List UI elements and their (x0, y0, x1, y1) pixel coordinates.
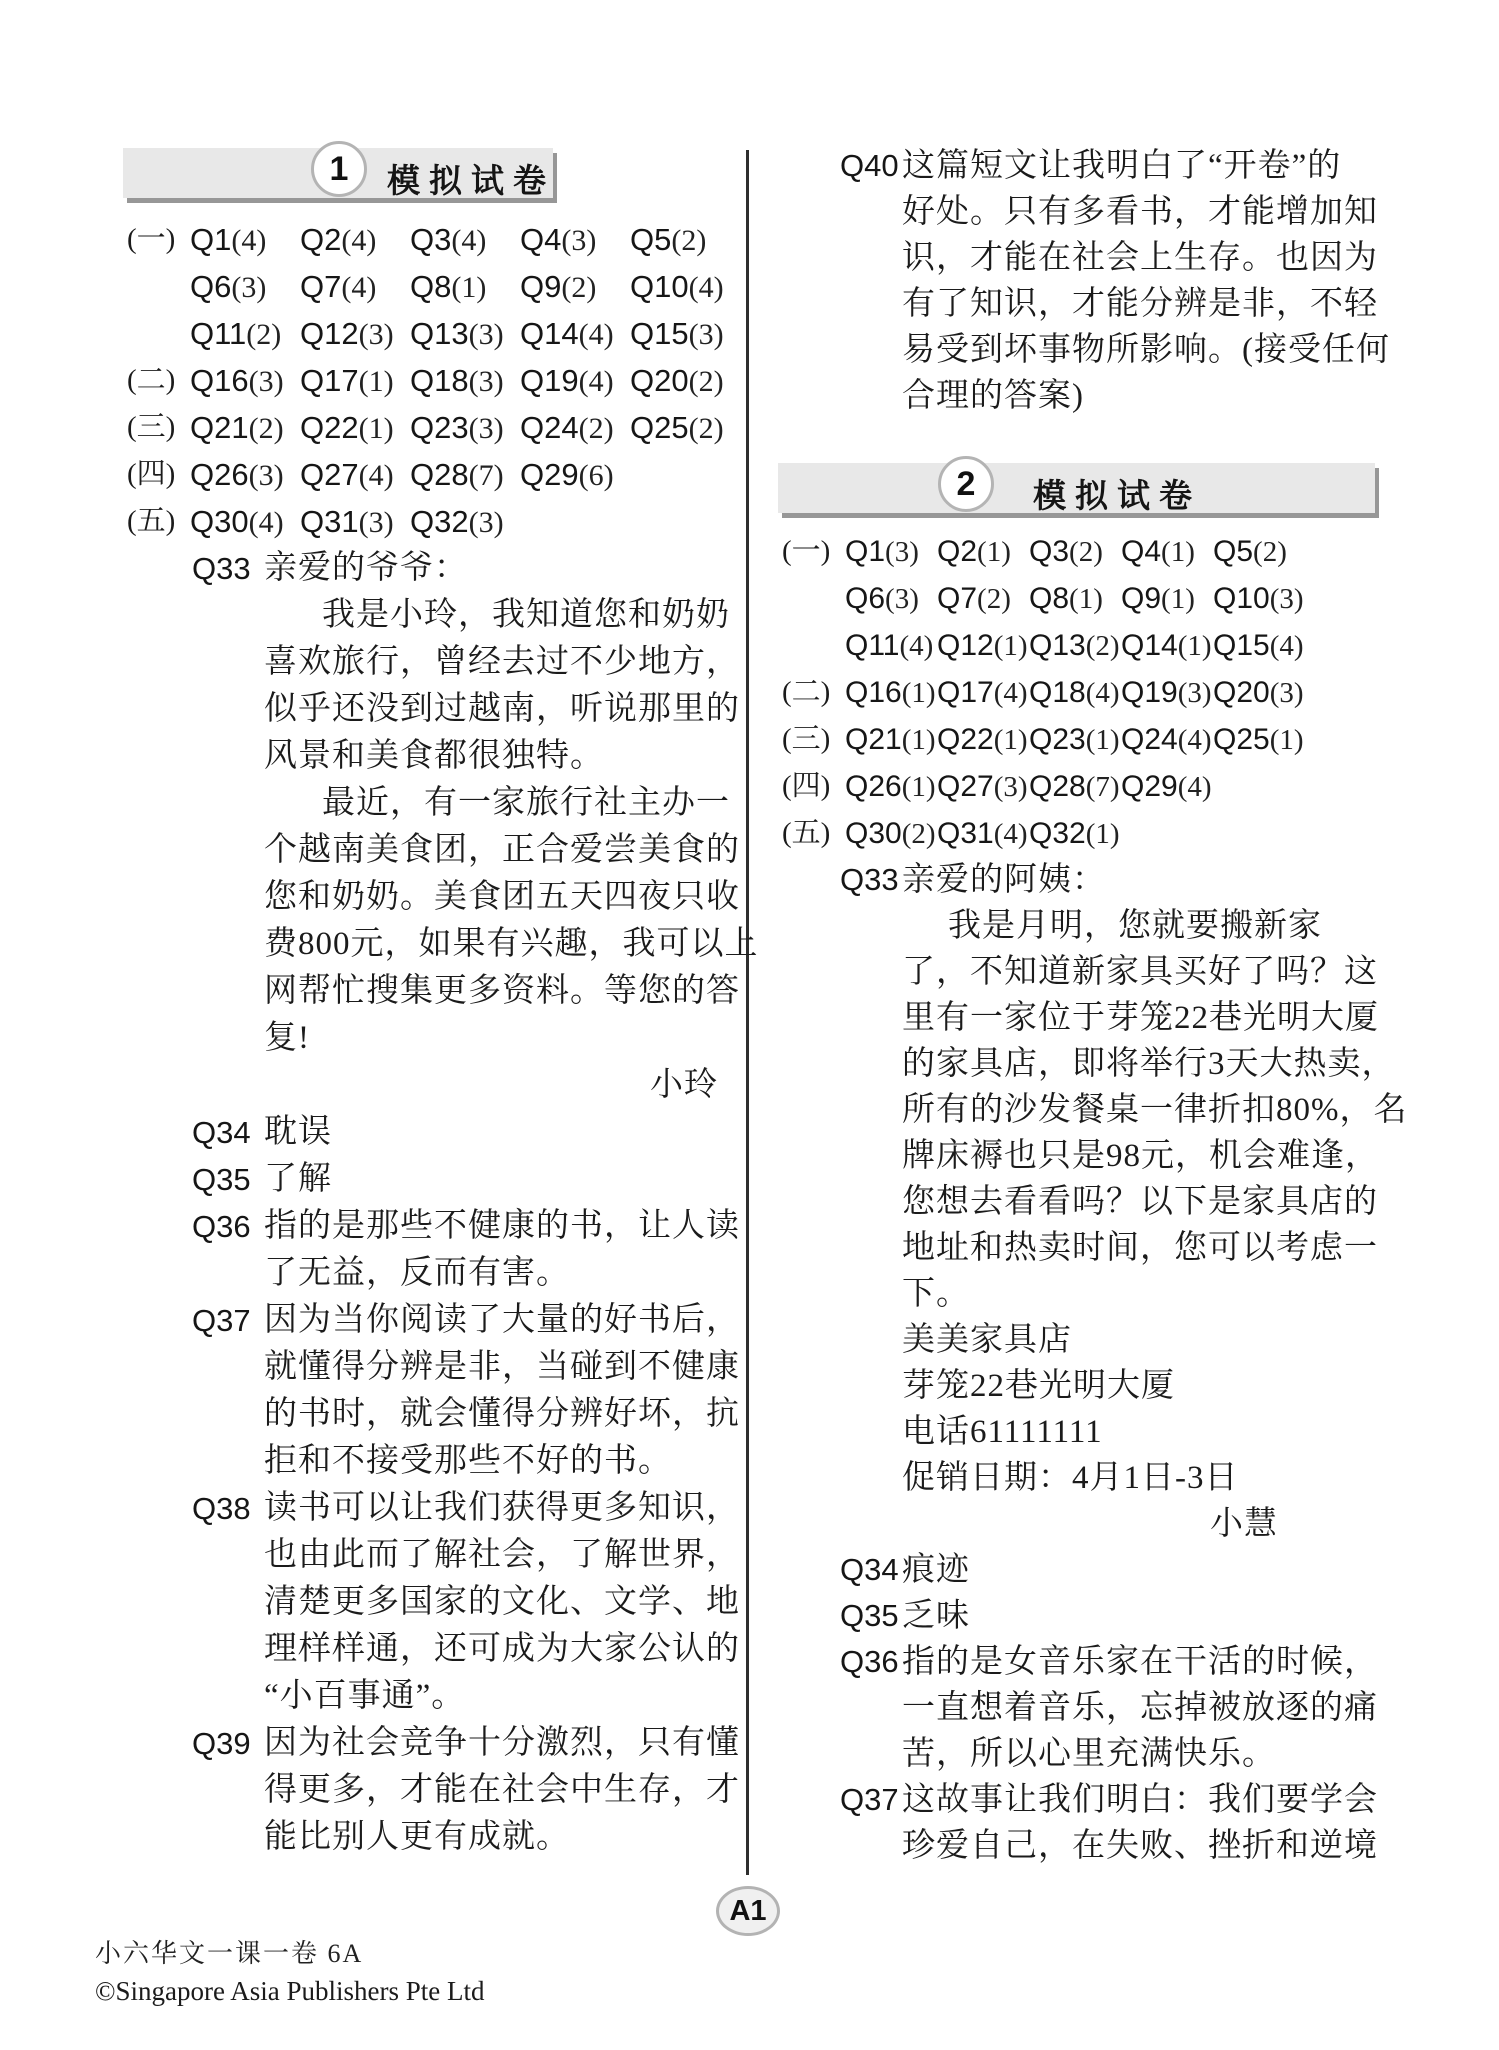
answer-line: 得更多，才能在社会中生存，才 (264, 1767, 740, 1814)
qa-item: Q37因为当你阅读了大量的好书后，就懂得分辨是非，当碰到不健康的书时，就会懂得分… (123, 1297, 741, 1485)
qa-item: Q34耽误 (123, 1109, 741, 1156)
answer-cell: Q11(2) (190, 310, 300, 357)
question-number: Q13 (410, 316, 469, 351)
answer-cell: Q18(4) (1029, 669, 1121, 716)
section-roman-label: (五) (782, 810, 845, 857)
question-number: Q30 (845, 817, 902, 850)
answer-line: 我是月明，您就要搬新家 (902, 903, 1378, 949)
question-number: Q36 (840, 1639, 902, 1777)
question-number: Q2 (937, 535, 977, 568)
qa-list-paper1: Q33亲爱的爷爷：我是小玲，我知道您和奶奶喜欢旅行，曾经去过不少地方，似乎还没到… (123, 545, 741, 1861)
question-number: Q19 (1121, 676, 1178, 709)
answer-text: 指的是女音乐家在干活的时候，一直想着音乐，忘掉被放逐的痛苦，所以心里充满快乐。 (902, 1639, 1378, 1777)
section-roman-label: (三) (127, 404, 190, 451)
answer-line: 苦，所以心里充满快乐。 (902, 1731, 1378, 1777)
answer-line: “小百事通”。 (264, 1673, 740, 1720)
question-number: Q26 (190, 457, 249, 492)
answer-cell: Q30(2) (845, 810, 937, 857)
answer-cell: Q1(3) (845, 528, 937, 575)
question-number: Q14 (1121, 629, 1178, 662)
question-number: Q35 (840, 1593, 902, 1639)
question-number: Q15 (630, 316, 689, 351)
answer-text: 指的是那些不健康的书，让人读了无益，反而有害。 (264, 1203, 740, 1297)
answer-value: (4) (231, 224, 266, 257)
question-number: Q16 (845, 676, 902, 709)
answer-cell: Q10(4) (630, 263, 740, 310)
answer-value: (1) (359, 412, 394, 445)
section-roman-label (127, 310, 190, 357)
answer-line: 美美家具店 (902, 1317, 1378, 1363)
question-number: Q4 (1121, 535, 1161, 568)
answer-value: (7) (469, 459, 504, 492)
qa-item: Q35乏味 (778, 1593, 1418, 1639)
answer-cell: Q13(3) (410, 310, 520, 357)
answer-line: 也由此而了解社会，了解世界， (264, 1532, 740, 1579)
answer-cell: Q31(3) (300, 498, 410, 545)
answer-line: 促销日期：4月1日-3日 (902, 1455, 1378, 1501)
answer-value: (4) (341, 224, 376, 257)
answer-value: (4) (1178, 724, 1212, 756)
answer-line: 了，不知道新家具买好了吗？这 (902, 949, 1378, 995)
answer-line: 喜欢旅行，曾经去过不少地方， (264, 639, 740, 686)
right-column: Q40这篇短文让我明白了“开卷”的好处。只有多看书，才能增加知识，才能在社会上生… (778, 143, 1418, 1869)
section-roman-label: (五) (127, 498, 190, 545)
answer-text: 因为当你阅读了大量的好书后，就懂得分辨是非，当碰到不健康的书时，就会懂得分辨好坏… (264, 1297, 740, 1485)
answer-grid-row: (二)Q16(3)Q17(1)Q18(3)Q19(4)Q20(2) (123, 357, 741, 404)
qa-item: Q36指的是女音乐家在干活的时候，一直想着音乐，忘掉被放逐的痛苦，所以心里充满快… (778, 1639, 1418, 1777)
answer-value: (1) (1086, 724, 1120, 756)
question-number: Q29 (520, 457, 579, 492)
question-number: Q3 (410, 222, 451, 257)
answer-line: 了无益，反而有害。 (264, 1250, 740, 1297)
question-number: Q3 (1029, 535, 1069, 568)
answer-value: (4) (579, 318, 614, 351)
question-number: Q9 (520, 269, 561, 304)
answer-cell: Q29(6) (520, 451, 630, 498)
answer-cell: Q12(3) (300, 310, 410, 357)
answer-value: (1) (451, 271, 486, 304)
answer-value: (4) (899, 630, 933, 662)
answer-value: (3) (469, 318, 504, 351)
answer-cell: Q5(2) (630, 216, 740, 263)
answer-cell: Q23(3) (410, 404, 520, 451)
answer-cell: Q17(1) (300, 357, 410, 404)
answer-grid-row: (一)Q1(4)Q2(4)Q3(4)Q4(3)Q5(2) (123, 216, 741, 263)
answer-value: (4) (1086, 677, 1120, 709)
section-roman-label: (一) (782, 528, 845, 575)
answer-value: (2) (902, 818, 936, 850)
answer-cell: Q16(3) (190, 357, 300, 404)
question-number: Q32 (1029, 817, 1086, 850)
answer-line: 您想去看看吗？以下是家具店的 (902, 1179, 1378, 1225)
answer-cell: Q8(1) (410, 263, 520, 310)
answer-text: 耽误 (264, 1109, 740, 1156)
question-number: Q1 (190, 222, 231, 257)
answer-line: 有了知识，才能分辨是非，不轻 (902, 281, 1378, 327)
answer-cell: Q3(2) (1029, 528, 1121, 575)
answer-cell: Q5(2) (1213, 528, 1305, 575)
answer-cell: Q9(1) (1121, 575, 1213, 622)
answer-cell: Q2(1) (937, 528, 1029, 575)
answer-cell: Q6(3) (190, 263, 300, 310)
answer-line: 了解 (264, 1156, 740, 1203)
question-number: Q16 (190, 363, 249, 398)
answer-cell: Q19(4) (520, 357, 630, 404)
answer-line: 指的是那些不健康的书，让人读 (264, 1203, 740, 1250)
question-number: Q18 (1029, 676, 1086, 709)
answer-cell: Q27(3) (937, 763, 1029, 810)
question-number: Q17 (937, 676, 994, 709)
answer-cell: Q16(1) (845, 669, 937, 716)
section-roman-label (127, 263, 190, 310)
answer-cell: Q11(4) (845, 622, 937, 669)
question-number: Q21 (845, 723, 902, 756)
answer-line: 合理的答案) (902, 373, 1378, 419)
section-roman-label (782, 622, 845, 669)
answer-value: (1) (1161, 583, 1195, 615)
answer-cell: Q22(1) (300, 404, 410, 451)
section-roman-label: (二) (127, 357, 190, 404)
answer-value: (2) (977, 583, 1011, 615)
answer-line: 亲爱的阿姨： (902, 857, 1378, 903)
question-number: Q25 (1213, 723, 1270, 756)
answer-line: 牌床褥也只是98元，机会难逢， (902, 1133, 1378, 1179)
column-divider (746, 150, 749, 1875)
question-number: Q7 (300, 269, 341, 304)
answer-cell: Q12(1) (937, 622, 1029, 669)
question-number: Q37 (192, 1297, 264, 1485)
answer-value: (4) (451, 224, 486, 257)
section-title: 模拟试卷 (387, 155, 555, 202)
answer-cell: Q20(3) (1213, 669, 1305, 716)
question-number: Q6 (845, 582, 885, 615)
question-number: Q22 (937, 723, 994, 756)
answer-value: (1) (1069, 583, 1103, 615)
answer-value: (2) (1069, 536, 1103, 568)
question-number: Q15 (1213, 629, 1270, 662)
qa-item: Q36指的是那些不健康的书，让人读了无益，反而有害。 (123, 1203, 741, 1297)
question-number: Q4 (520, 222, 561, 257)
answer-cell: Q15(3) (630, 310, 740, 357)
answer-cell: Q14(1) (1121, 622, 1213, 669)
answer-line: 因为社会竞争十分激烈，只有懂 (264, 1720, 740, 1767)
answer-value: (1) (977, 536, 1011, 568)
question-number: Q38 (192, 1485, 264, 1720)
answer-text: 乏味 (902, 1593, 1378, 1639)
qa-list-paper1-continued: Q40这篇短文让我明白了“开卷”的好处。只有多看书，才能增加知识，才能在社会上生… (778, 143, 1418, 419)
question-number: Q24 (520, 410, 579, 445)
answer-line: 费800元，如果有兴趣，我可以上 (264, 921, 740, 968)
question-number: Q1 (845, 535, 885, 568)
answer-line: 个越南美食团，正合爱尝美食的 (264, 827, 740, 874)
answer-value: (3) (1178, 677, 1212, 709)
answer-cell: Q30(4) (190, 498, 300, 545)
answer-value: (1) (1161, 536, 1195, 568)
question-number: Q11 (190, 316, 246, 351)
question-number: Q39 (192, 1720, 264, 1861)
answer-value: (4) (359, 459, 394, 492)
answer-line: 拒和不接受那些不好的书。 (264, 1438, 740, 1485)
question-number: Q12 (300, 316, 359, 351)
question-number: Q26 (845, 770, 902, 803)
answer-line: 风景和美食都很独特。 (264, 733, 740, 780)
answer-cell: Q18(3) (410, 357, 520, 404)
answer-cell: Q27(4) (300, 451, 410, 498)
answer-value: (4) (1178, 771, 1212, 803)
question-number: Q33 (840, 857, 902, 1547)
answer-value: (1) (902, 771, 936, 803)
answer-cell: Q32(3) (410, 498, 520, 545)
answer-value: (4) (994, 677, 1028, 709)
question-number: Q30 (190, 504, 249, 539)
answer-value: (7) (1086, 771, 1120, 803)
answer-value: (4) (341, 271, 376, 304)
question-number: Q21 (190, 410, 249, 445)
answer-line: 清楚更多国家的文化、文学、地 (264, 1579, 740, 1626)
answer-value: (3) (249, 459, 284, 492)
answer-line: 耽误 (264, 1109, 740, 1156)
question-number: Q13 (1029, 629, 1086, 662)
answer-line: 读书可以让我们获得更多知识， (264, 1485, 740, 1532)
answer-text: 亲爱的阿姨：我是月明，您就要搬新家了，不知道新家具买好了吗？这里有一家位于芽笼2… (902, 857, 1378, 1547)
answer-grid-row: (五)Q30(4)Q31(3)Q32(3) (123, 498, 741, 545)
answer-value: (3) (249, 365, 284, 398)
answer-line: 就懂得分辨是非，当碰到不健康 (264, 1344, 740, 1391)
section-header-paper2: 2 模拟试卷 (778, 463, 1375, 513)
question-number: Q19 (520, 363, 579, 398)
answer-text: 痕迹 (902, 1547, 1378, 1593)
question-number: Q36 (192, 1203, 264, 1297)
answer-value: (2) (249, 412, 284, 445)
answer-cell: Q24(2) (520, 404, 630, 451)
answer-text: 这篇短文让我明白了“开卷”的好处。只有多看书，才能增加知识，才能在社会上生存。也… (902, 143, 1378, 419)
answer-line: 里有一家位于芽笼22巷光明大厦 (902, 995, 1378, 1041)
answer-text: 因为社会竞争十分激烈，只有懂得更多，才能在社会中生存，才能比别人更有成就。 (264, 1720, 740, 1861)
answer-cell: Q10(3) (1213, 575, 1305, 622)
answer-line: 最近，有一家旅行社主办一 (264, 780, 740, 827)
answer-value: (3) (561, 224, 596, 257)
question-number: Q35 (192, 1156, 264, 1203)
answer-value: (3) (469, 412, 504, 445)
answer-key-page: 1 模拟试卷 (一)Q1(4)Q2(4)Q3(4)Q4(3)Q5(2)Q6(3)… (0, 0, 1499, 2050)
answer-cell: Q20(2) (630, 357, 740, 404)
answer-line: 的家具店，即将举行3天大热卖， (902, 1041, 1378, 1087)
answer-cell: Q25(2) (630, 404, 740, 451)
answer-grid-row: (四)Q26(3)Q27(4)Q28(7)Q29(6) (123, 451, 741, 498)
answer-cell: Q19(3) (1121, 669, 1213, 716)
question-number: Q31 (300, 504, 359, 539)
answer-line: 亲爱的爷爷： (264, 545, 740, 592)
question-number: Q8 (410, 269, 451, 304)
answer-cell: Q26(3) (190, 451, 300, 498)
qa-item: Q35了解 (123, 1156, 741, 1203)
page-number-badge: A1 (716, 1886, 780, 1936)
answer-value: (1) (902, 724, 936, 756)
answer-line: 网帮忙搜集更多资料。等您的答 (264, 968, 740, 1015)
section-header-paper1: 1 模拟试卷 (123, 148, 553, 198)
qa-item: Q40这篇短文让我明白了“开卷”的好处。只有多看书，才能增加知识，才能在社会上生… (778, 143, 1418, 419)
answer-value: (2) (579, 412, 614, 445)
section-roman-label: (一) (127, 216, 190, 263)
answer-grid-row: (三)Q21(1)Q22(1)Q23(1)Q24(4)Q25(1) (778, 716, 1418, 763)
question-number: Q6 (190, 269, 231, 304)
answer-cell: Q29(4) (1121, 763, 1213, 810)
question-number: Q20 (1213, 676, 1270, 709)
answer-value: (3) (689, 318, 724, 351)
question-number: Q34 (840, 1547, 902, 1593)
answer-line: 指的是女音乐家在干活的时候， (902, 1639, 1378, 1685)
question-number: Q27 (937, 770, 994, 803)
question-number: Q25 (630, 410, 689, 445)
answer-line: 易受到坏事物所影响。(接受任何 (902, 327, 1378, 373)
question-number: Q24 (1121, 723, 1178, 756)
answer-cell: Q15(4) (1213, 622, 1305, 669)
answer-line: 理样样通，还可成为大家公认的 (264, 1626, 740, 1673)
answer-cell: Q17(4) (937, 669, 1029, 716)
answer-line: 的书时，就会懂得分辨好坏，抗 (264, 1391, 740, 1438)
answer-cell: Q7(4) (300, 263, 410, 310)
question-number: Q23 (1029, 723, 1086, 756)
question-number: Q14 (520, 316, 579, 351)
answer-cell: Q6(3) (845, 575, 937, 622)
answer-line: 痕迹 (902, 1547, 1378, 1593)
question-number: Q9 (1121, 582, 1161, 615)
question-number: Q22 (300, 410, 359, 445)
answer-value: (3) (469, 506, 504, 539)
question-number: Q8 (1029, 582, 1069, 615)
answer-grid-row: (二)Q16(1)Q17(4)Q18(4)Q19(3)Q20(3) (778, 669, 1418, 716)
answer-grid-row: (三)Q21(2)Q22(1)Q23(3)Q24(2)Q25(2) (123, 404, 741, 451)
answer-text: 读书可以让我们获得更多知识，也由此而了解社会，了解世界，清楚更多国家的文化、文学… (264, 1485, 740, 1720)
answer-grid-row: (五)Q30(2)Q31(4)Q32(1) (778, 810, 1418, 857)
answer-value: (2) (1086, 630, 1120, 662)
answer-value: (4) (994, 818, 1028, 850)
question-number: Q27 (300, 457, 359, 492)
question-number: Q10 (630, 269, 689, 304)
qa-item: Q37这故事让我们明白：我们要学会珍爱自己，在失败、挫折和逆境 (778, 1777, 1418, 1869)
answer-cell: Q25(1) (1213, 716, 1305, 763)
question-number: Q7 (937, 582, 977, 615)
answer-line: 下。 (902, 1271, 1378, 1317)
answer-cell: Q24(4) (1121, 716, 1213, 763)
answer-cell: Q21(2) (190, 404, 300, 451)
answer-value: (3) (885, 583, 919, 615)
answer-cell: Q4(1) (1121, 528, 1213, 575)
question-number: Q17 (300, 363, 359, 398)
qa-list-paper2: Q33亲爱的阿姨：我是月明，您就要搬新家了，不知道新家具买好了吗？这里有一家位于… (778, 857, 1418, 1869)
question-number: Q40 (840, 143, 902, 419)
answer-cell: Q21(1) (845, 716, 937, 763)
question-number: Q28 (410, 457, 469, 492)
answer-line: 能比别人更有成就。 (264, 1814, 740, 1861)
answer-cell: Q31(4) (937, 810, 1029, 857)
answer-grid-row: (一)Q1(3)Q2(1)Q3(2)Q4(1)Q5(2) (778, 528, 1418, 575)
answer-value: (3) (359, 506, 394, 539)
answer-value: (3) (359, 318, 394, 351)
answer-value: (2) (246, 318, 281, 351)
section-roman-label: (四) (782, 763, 845, 810)
answer-line: 您和奶奶。美食团五天四夜只收 (264, 874, 740, 921)
answer-value: (4) (579, 365, 614, 398)
answer-line: 这篇短文让我明白了“开卷”的 (902, 143, 1378, 189)
answer-value: (4) (249, 506, 284, 539)
question-number: Q11 (845, 629, 899, 662)
answer-line: 复! (264, 1015, 740, 1062)
answer-cell: Q26(1) (845, 763, 937, 810)
answer-cell: Q14(4) (520, 310, 630, 357)
section-roman-label: (三) (782, 716, 845, 763)
answer-line: 芽笼22巷光明大厦 (902, 1363, 1378, 1409)
answer-value: (3) (994, 771, 1028, 803)
answer-value: (6) (579, 459, 614, 492)
question-number: Q2 (300, 222, 341, 257)
answer-line: 一直想着音乐，忘掉被放逐的痛 (902, 1685, 1378, 1731)
footer-series-title: 小六华文一课一卷 6A (95, 1933, 485, 1970)
section-number-badge: 2 (938, 456, 994, 512)
answer-value: (1) (1086, 818, 1120, 850)
answer-text: 亲爱的爷爷：我是小玲，我知道您和奶奶喜欢旅行，曾经去过不少地方，似乎还没到过越南… (264, 545, 740, 1109)
answer-text: 这故事让我们明白：我们要学会珍爱自己，在失败、挫折和逆境 (902, 1777, 1378, 1869)
qa-item: Q39因为社会竞争十分激烈，只有懂得更多，才能在社会中生存，才能比别人更有成就。 (123, 1720, 741, 1861)
answer-line: 乏味 (902, 1593, 1378, 1639)
answer-line: 这故事让我们明白：我们要学会 (902, 1777, 1378, 1823)
answer-line: 似乎还没到过越南，听说那里的 (264, 686, 740, 733)
question-number: Q37 (840, 1777, 902, 1869)
answer-grid-row: Q11(2)Q12(3)Q13(3)Q14(4)Q15(3) (123, 310, 741, 357)
answer-grid-row: Q6(3)Q7(4)Q8(1)Q9(2)Q10(4) (123, 263, 741, 310)
answer-value: (3) (1270, 677, 1304, 709)
answer-grid-row: Q11(4)Q12(1)Q13(2)Q14(1)Q15(4) (778, 622, 1418, 669)
answer-line: 电话61111111 (902, 1409, 1378, 1455)
answer-cell: Q22(1) (937, 716, 1029, 763)
answer-value: (3) (469, 365, 504, 398)
question-number: Q32 (410, 504, 469, 539)
answer-value: (1) (1270, 724, 1304, 756)
question-number: Q34 (192, 1109, 264, 1156)
answer-value: (3) (885, 536, 919, 568)
answer-cell: Q23(1) (1029, 716, 1121, 763)
section-roman-label: (二) (782, 669, 845, 716)
answer-grid-paper1: (一)Q1(4)Q2(4)Q3(4)Q4(3)Q5(2)Q6(3)Q7(4)Q8… (123, 216, 741, 545)
answer-value: (3) (1270, 583, 1304, 615)
question-number: Q20 (630, 363, 689, 398)
answer-line: 珍爱自己，在失败、挫折和逆境 (902, 1823, 1378, 1869)
page-footer: 小六华文一课一卷 6A ©Singapore Asia Publishers P… (95, 1933, 485, 2007)
answer-cell: Q28(7) (410, 451, 520, 498)
section-title: 模拟试卷 (1033, 470, 1201, 517)
question-number: Q29 (1121, 770, 1178, 803)
answer-cell: Q13(2) (1029, 622, 1121, 669)
answer-grid-row: Q6(3)Q7(2)Q8(1)Q9(1)Q10(3) (778, 575, 1418, 622)
question-number: Q28 (1029, 770, 1086, 803)
question-number: Q10 (1213, 582, 1270, 615)
answer-cell: Q1(4) (190, 216, 300, 263)
section-number-badge: 1 (311, 141, 367, 197)
answer-value: (3) (231, 271, 266, 304)
answer-value: (4) (689, 271, 724, 304)
footer-copyright: ©Singapore Asia Publishers Pte Ltd (95, 1976, 485, 2007)
answer-cell: Q3(4) (410, 216, 520, 263)
question-number: Q5 (1213, 535, 1253, 568)
answer-line: 小玲 (264, 1062, 740, 1109)
answer-line: 好处。只有多看书，才能增加知 (902, 189, 1378, 235)
answer-cell: Q7(2) (937, 575, 1029, 622)
answer-value: (2) (561, 271, 596, 304)
answer-value: (1) (359, 365, 394, 398)
question-number: Q33 (192, 545, 264, 1109)
answer-line: 小慧 (902, 1501, 1378, 1547)
answer-value: (4) (1270, 630, 1304, 662)
